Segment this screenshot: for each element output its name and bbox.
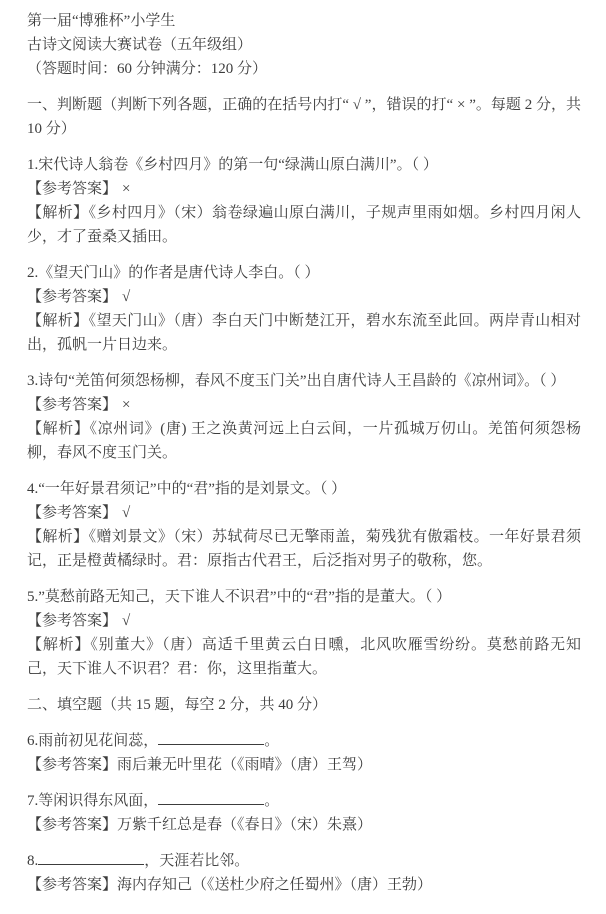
analysis-line: 【解析】《凉州词》(唐) 王之涣黄河远上白云间，一片孤城万仞山。羌笛何须怨杨柳，… — [27, 417, 581, 465]
question-pre: 7.等闲识得东风面， — [27, 793, 158, 809]
answer-line: 【参考答案】× — [27, 393, 581, 417]
fill-question-7: 7.等闲识得东风面，。 【参考答案】万紫千红总是春（《春日》（宋）朱熹） — [27, 789, 581, 837]
exam-meta-time-score: （答题时间：60 分钟满分：120 分） — [27, 57, 581, 81]
answer-label: 【参考答案】 — [27, 397, 117, 413]
section-judgment-heading: 一、判断题（判断下列各题，正确的在括号内打“ √ ”，错误的打“ × ”。每题 … — [27, 93, 581, 141]
answer-line: 【参考答案】× — [27, 177, 581, 201]
answer-value: × — [122, 397, 130, 413]
analysis-text: 《乡村四月》（宋）翁卷绿遍山原白满川，子规声里雨如烟。乡村四月闲人少，才了蚕桑又… — [27, 205, 581, 245]
question-text: 8.，天涯若比邻。 — [27, 849, 581, 873]
question-pre: 8. — [27, 853, 38, 869]
judgment-question-1: 1.宋代诗人翁卷《乡村四月》的第一句“绿满山原白满川”。（ ） 【参考答案】× … — [27, 153, 581, 249]
question-pre: 6.雨前初见花间蕊， — [27, 733, 158, 749]
question-text: 6.雨前初见花间蕊，。 — [27, 729, 581, 753]
answer-value: √ — [122, 505, 130, 521]
answer-text: 万紫千红总是春（《春日》（宋）朱熹） — [117, 817, 372, 833]
section-fill-heading: 二、填空题（共 15 题，每空 2 分，共 40 分） — [27, 693, 581, 717]
judgment-question-4: 4.“一年好景君须记”中的“君”指的是刘景文。（ ） 【参考答案】√ 【解析】《… — [27, 477, 581, 573]
answer-line: 【参考答案】海内存知己（《送杜少府之任蜀州》（唐）王勃） — [27, 873, 581, 897]
answer-value: √ — [122, 289, 130, 305]
question-text: 1.宋代诗人翁卷《乡村四月》的第一句“绿满山原白满川”。（ ） — [27, 153, 581, 177]
answer-label: 【参考答案】 — [27, 505, 117, 521]
answer-label: 【参考答案】 — [27, 181, 117, 197]
question-post: 。 — [264, 733, 279, 749]
answer-label: 【参考答案】 — [27, 613, 117, 629]
question-text: 2.《望天门山》的作者是唐代诗人李白。（ ） — [27, 261, 581, 285]
judgment-question-5: 5.”莫愁前路无知己，天下谁人不识君”中的“君”指的是董大。（ ） 【参考答案】… — [27, 585, 581, 681]
answer-line: 【参考答案】√ — [27, 285, 581, 309]
analysis-line: 【解析】《望天门山》（唐）李白天门中断楚江开，碧水东流至此回。两岸青山相对出，孤… — [27, 309, 581, 357]
analysis-text: 《望天门山》（唐）李白天门中断楚江开，碧水东流至此回。两岸青山相对出，孤帆一片日… — [27, 313, 581, 353]
fill-blank — [158, 790, 264, 805]
question-text: 7.等闲识得东风面，。 — [27, 789, 581, 813]
fill-blank — [158, 730, 264, 745]
analysis-label: 【解析】 — [27, 205, 89, 221]
analysis-label: 【解析】 — [27, 637, 90, 653]
answer-line: 【参考答案】雨后兼无叶里花（《雨晴》（唐）王驾） — [27, 753, 581, 777]
answer-text: 海内存知己（《送杜少府之任蜀州》（唐）王勃） — [117, 877, 432, 893]
analysis-text: 《凉州词》(唐) 王之涣黄河远上白云间，一片孤城万仞山。羌笛何须怨杨柳，春风不度… — [27, 421, 581, 461]
question-post: 。 — [264, 793, 279, 809]
answer-label: 【参考答案】 — [27, 289, 117, 305]
exam-title-line2: 古诗文阅读大赛试卷（五年级组） — [27, 33, 581, 57]
answer-line: 【参考答案】万紫千红总是春（《春日》（宋）朱熹） — [27, 813, 581, 837]
analysis-label: 【解析】 — [27, 313, 89, 329]
judgment-question-2: 2.《望天门山》的作者是唐代诗人李白。（ ） 【参考答案】√ 【解析】《望天门山… — [27, 261, 581, 357]
analysis-line: 【解析】《赠刘景文》（宋）苏轼荷尽已无擎雨盖，菊残犹有傲霜枝。一年好景君须记，正… — [27, 525, 581, 573]
exam-paper: 第一届“博雅杯”小学生 古诗文阅读大赛试卷（五年级组） （答题时间：60 分钟满… — [0, 0, 606, 914]
answer-line: 【参考答案】√ — [27, 501, 581, 525]
exam-title-line1: 第一届“博雅杯”小学生 — [27, 9, 581, 33]
answer-value: √ — [122, 613, 130, 629]
question-text: 5.”莫愁前路无知己，天下谁人不识君”中的“君”指的是董大。（ ） — [27, 585, 581, 609]
question-text: 4.“一年好景君须记”中的“君”指的是刘景文。（ ） — [27, 477, 581, 501]
analysis-line: 【解析】《别董大》（唐）高适千里黄云白日曛，北风吹雁雪纷纷。莫愁前路无知己，天下… — [27, 633, 581, 681]
answer-label: 【参考答案】 — [27, 817, 117, 833]
question-post: ，天涯若比邻。 — [144, 853, 249, 869]
fill-question-6: 6.雨前初见花间蕊，。 【参考答案】雨后兼无叶里花（《雨晴》（唐）王驾） — [27, 729, 581, 777]
answer-label: 【参考答案】 — [27, 757, 117, 773]
judgment-question-3: 3.诗句“羌笛何须怨杨柳，春风不度玉门关”出自唐代诗人王昌龄的《凉州词》。（ ）… — [27, 369, 581, 465]
analysis-text: 《赠刘景文》（宋）苏轼荷尽已无擎雨盖，菊残犹有傲霜枝。一年好景君须记，正是橙黄橘… — [27, 529, 581, 569]
analysis-label: 【解析】 — [27, 529, 89, 545]
fill-question-8: 8.，天涯若比邻。 【参考答案】海内存知己（《送杜少府之任蜀州》（唐）王勃） — [27, 849, 581, 897]
fill-blank — [38, 850, 144, 865]
answer-label: 【参考答案】 — [27, 877, 117, 893]
answer-value: × — [122, 181, 130, 197]
answer-line: 【参考答案】√ — [27, 609, 581, 633]
analysis-line: 【解析】《乡村四月》（宋）翁卷绿遍山原白满川，子规声里雨如烟。乡村四月闲人少，才… — [27, 201, 581, 249]
analysis-label: 【解析】 — [27, 421, 90, 437]
answer-text: 雨后兼无叶里花（《雨晴》（唐）王驾） — [117, 757, 372, 773]
analysis-text: 《别董大》（唐）高适千里黄云白日曛，北风吹雁雪纷纷。莫愁前路无知己，天下谁人不识… — [27, 637, 581, 677]
question-text: 3.诗句“羌笛何须怨杨柳，春风不度玉门关”出自唐代诗人王昌龄的《凉州词》。（ ） — [27, 369, 581, 393]
